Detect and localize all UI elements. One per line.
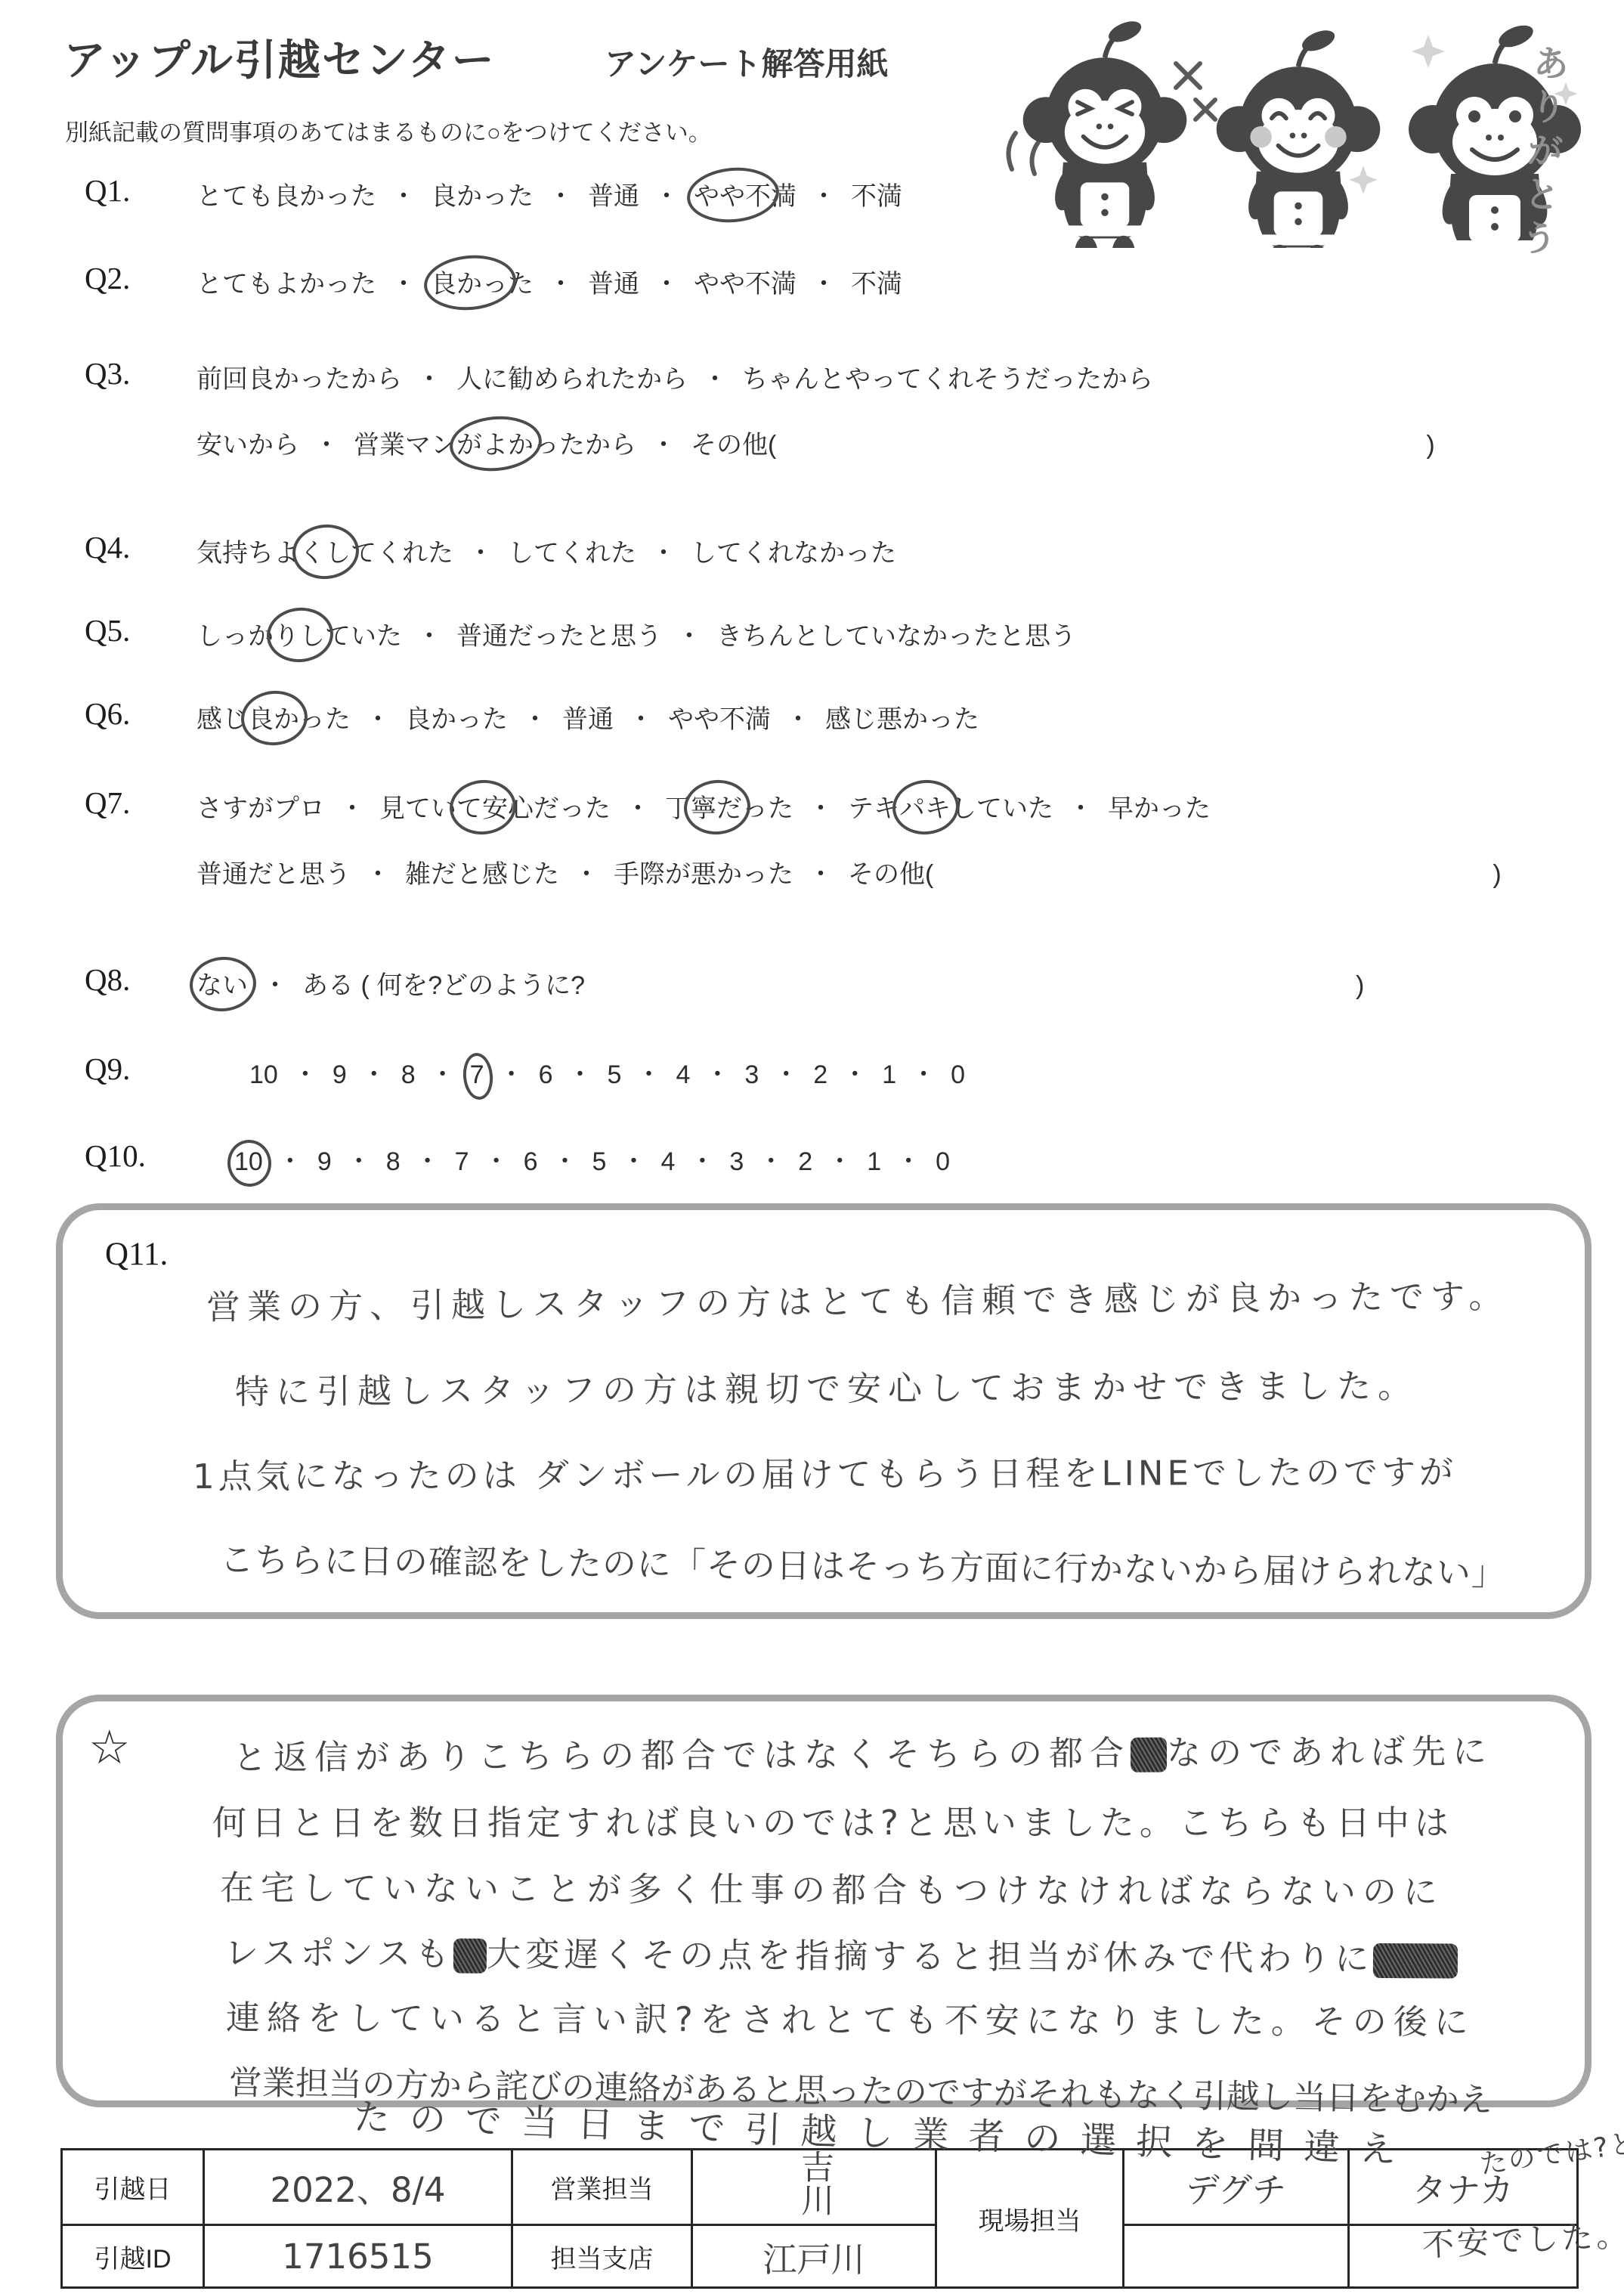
question-block: Q6.感じ良かった・良かった・普通・やや不満・感じ悪かった	[85, 695, 979, 735]
circled-answer-mark: がよか	[456, 424, 534, 461]
handwritten-line: 営業の方、引越しスタッフの方はとても信頼でき感じが良かったです。	[206, 1268, 1510, 1329]
question-label: Q3.	[85, 355, 196, 392]
question-label: Q9.	[85, 1051, 196, 1087]
option-text: してくれた	[508, 539, 636, 568]
option-separator: ・	[365, 698, 391, 735]
handwritten-line: 何日と日を数日指定すれば良いのでは?と思いました。こちらも日中は	[212, 1795, 1454, 1844]
option-separator: ・	[548, 263, 574, 300]
table-label-cell: 営業担当	[512, 2150, 692, 2225]
form-sheet-label: アンケート解答用紙	[605, 39, 888, 85]
option-separator: ・	[654, 263, 679, 300]
circled-answer-mark: ない	[196, 964, 248, 1001]
question-options-row: 感じ良かった・良かった・普通・やや不満・感じ悪かった	[196, 698, 979, 735]
question-label: Q5.	[85, 612, 196, 649]
question-options-row: しっかりしていた・普通だったと思う・きちんとしていなかったと思う	[196, 615, 1076, 652]
question-options: しっかりしていた・普通だったと思う・きちんとしていなかったと思う	[196, 612, 1076, 652]
option-text: 2	[798, 1147, 812, 1176]
question-block: Q1.とても良かった・良かった・普通・やや不満・不満	[85, 172, 902, 212]
option-text: 雑だと感じた	[405, 860, 559, 889]
question-options-row: 前回良かったから・人に勧められたから・ちゃんとやってくれそうだったから	[196, 358, 1435, 395]
star-icon: ☆	[88, 1720, 131, 1775]
option-text: ったから	[534, 431, 636, 460]
option-text: )	[1493, 860, 1501, 889]
option-text: )	[1426, 431, 1434, 460]
option-separator: ・	[676, 615, 702, 652]
question-options-row: 安いから・営業マンがよかったから・その他()	[196, 424, 1435, 461]
option-text: 普通だと思う	[196, 860, 351, 889]
option-text: った	[742, 794, 793, 823]
instruction-text: 別紙記載の質問事項のあてはまるものに○をつけてください。	[65, 113, 712, 147]
option-text: その他(	[691, 431, 776, 460]
option-text: 見てい	[379, 794, 456, 823]
handwritten-line: と返信がありこちらの都合ではなくそちらの都合なのであれば先に	[233, 1723, 1493, 1779]
table-label-cell: 担当支店	[512, 2225, 692, 2288]
option-separator: ・	[361, 1054, 387, 1091]
handwritten-text: 不安でした。	[1421, 2216, 1624, 2264]
option-separator: ・	[346, 1141, 372, 1178]
handwritten-text: と返信がありこちらの都合ではなくそちらの都合	[233, 1733, 1131, 1778]
option-text: 0	[951, 1060, 965, 1089]
option-separator: ・	[292, 1054, 318, 1091]
option-text: 4	[660, 1147, 675, 1176]
circled-answer-mark: 良か	[248, 698, 299, 735]
option-text: 9	[333, 1060, 347, 1089]
handwritten-text: こちらに日の確認をしたのに「その日はそっち方面に行かないから届けられない」	[220, 1540, 1506, 1593]
option-text: やや不満	[668, 705, 771, 734]
option-separator: ・	[654, 175, 679, 212]
option-separator: ・	[522, 698, 548, 735]
handwritten-line: こちらに日の確認をしたのに「その日はそっち方面に行かないから届けられない」	[220, 1532, 1507, 1595]
question-options-row: とても良かった・良かった・普通・やや不満・不満	[196, 175, 902, 212]
option-separator: ・	[552, 1141, 578, 1178]
option-separator: ・	[896, 1141, 921, 1178]
option-text: 良かった	[405, 705, 508, 734]
question-options-row: 10・9・8・7・6・5・4・3・2・1・0	[234, 1141, 950, 1178]
option-text: 普通	[588, 270, 639, 299]
question-label: Q1.	[85, 172, 196, 209]
option-text: 4	[676, 1060, 690, 1089]
option-text: 10	[249, 1060, 278, 1089]
option-separator: ・	[628, 698, 654, 735]
option-separator: ・	[416, 358, 442, 395]
option-text: 営業マン	[354, 431, 456, 460]
question-block: Q4.気持ちよくしてくれた・してくれた・してくれなかった	[85, 529, 896, 569]
option-text: 普通	[562, 705, 614, 734]
option-separator: ・	[827, 1141, 852, 1178]
option-text: ていた	[325, 622, 402, 651]
option-text: 気持ちよ	[196, 539, 299, 568]
option-separator: ・	[484, 1141, 509, 1178]
option-text: )	[1356, 971, 1364, 1000]
option-separator: ・	[568, 1054, 593, 1091]
option-text: 1	[882, 1060, 896, 1089]
handwritten-text: 営業の方、引越しスタッフの方はとても信頼でき感じが良かったです。	[206, 1276, 1510, 1327]
handwritten-text: レスポンスも	[224, 1933, 454, 1974]
option-separator: ・	[689, 1141, 715, 1178]
option-text: 1	[867, 1147, 881, 1176]
option-separator: ・	[416, 615, 442, 652]
option-text: 良かった	[431, 182, 534, 211]
q11-label: Q11.	[105, 1236, 168, 1273]
option-text: ある ( 何を?どのように?	[302, 971, 585, 1000]
option-text: 6	[539, 1060, 553, 1089]
question-block: Q10.10・9・8・7・6・5・4・3・2・1・0	[85, 1138, 950, 1178]
table-value-cell: 1716515	[204, 2225, 512, 2288]
question-label: Q7.	[85, 785, 196, 821]
question-options: とても良かった・良かった・普通・やや不満・不満	[196, 172, 902, 212]
question-block: Q2.とてもよかった・良かった・普通・やや不満・不満	[85, 260, 902, 300]
star-answer-box: ☆ と返信がありこちらの都合ではなくそちらの都合なのであれば先に何日と日を数日指…	[56, 1695, 1592, 2107]
monkey-mascot-1	[1023, 21, 1187, 248]
option-separator: ・	[808, 788, 834, 825]
option-separator: ・	[625, 788, 651, 825]
sparkle-icon	[1412, 35, 1445, 68]
option-text: 心だった	[508, 794, 611, 823]
answer-blank	[585, 992, 1356, 994]
table-label-cell: 現場担当	[936, 2150, 1124, 2288]
scribble-mark	[453, 1939, 487, 1974]
table-value-cell	[1124, 2225, 1349, 2288]
handwritten-line: 特に引越しスタッフの方は親切で安心しておまかせできました。	[235, 1358, 1418, 1413]
option-separator: ・	[314, 424, 339, 461]
option-separator: ・	[430, 1054, 456, 1091]
table-value-cell: 吉川	[692, 2150, 936, 2225]
option-text: 3	[729, 1147, 744, 1176]
question-block: Q3.前回良かったから・人に勧められたから・ちゃんとやってくれそうだったから安い…	[85, 355, 1435, 461]
option-separator: ・	[499, 1054, 524, 1091]
option-text: 6	[524, 1147, 538, 1176]
circled-answer-mark: て安	[456, 788, 508, 825]
question-options: さすがプロ・見ていて安心だった・丁寧だった・テキパキしていた・早かった普通だと思…	[196, 785, 1502, 890]
handwritten-line: 連絡をしていると言い訳?をされとても不安になりました。その後に	[226, 1990, 1475, 2044]
option-text: 前回良かったから	[196, 365, 402, 394]
option-text: しっか	[196, 622, 274, 651]
question-label: Q4.	[85, 529, 196, 565]
circled-answer-mark: やや不	[694, 175, 771, 212]
question-label: Q2.	[85, 260, 196, 296]
question-label: Q8.	[85, 961, 196, 998]
form-title: アップル引越センター	[63, 27, 496, 88]
question-block: Q8.ない・ある ( 何を?どのように?)	[85, 961, 1364, 1001]
option-separator: ・	[704, 1054, 730, 1091]
circled-answer-mark: くし	[299, 532, 351, 569]
question-options-row: 10・9・8・7・6・5・4・3・2・1・0	[249, 1054, 965, 1091]
handwritten-text: 1点気になったのは ダンボールの届けてもらう日程をLINEでしたのですが	[193, 1452, 1457, 1497]
survey-sheet-page: アップル引越センター アンケート解答用紙 別紙記載の質問事項のあてはまるものに○…	[0, 0, 1624, 2294]
option-separator: ・	[911, 1054, 936, 1091]
handwritten-text: 大変遅くその点を指摘すると担当が休みで代わりに	[487, 1934, 1373, 1979]
option-separator: ・	[415, 1141, 441, 1178]
handwritten-text: なのであれば先に	[1167, 1731, 1493, 1772]
table-label-cell: 引越ID	[62, 2225, 204, 2288]
circled-answer-mark: 10	[234, 1147, 263, 1177]
option-text: 7	[455, 1147, 469, 1176]
option-separator: ・	[811, 175, 837, 212]
option-text: 0	[936, 1147, 950, 1176]
handwritten-text: 何日と日を数日指定すれば良いのでは?と思いました。こちらも日中は	[212, 1803, 1454, 1843]
circled-answer-mark: パキ	[899, 788, 951, 825]
question-options: 10・9・8・7・6・5・4・3・2・1・0	[196, 1138, 950, 1178]
option-separator: ・	[1068, 788, 1093, 825]
option-text: 普通	[588, 182, 639, 211]
option-text: 人に勧められたから	[456, 365, 688, 394]
table-label-cell: 引越日	[62, 2150, 204, 2225]
question-options-row: とてもよかった・良かった・普通・やや不満・不満	[196, 263, 902, 300]
motion-lines-icon	[1009, 133, 1016, 169]
question-options-row: 普通だと思う・雑だと感じた・手際が悪かった・その他()	[196, 853, 1502, 890]
scribble-mark	[1373, 1943, 1458, 1979]
option-text: 8	[401, 1060, 416, 1089]
option-separator: ・	[620, 1141, 646, 1178]
option-text: やや不満	[694, 270, 797, 299]
option-text: った	[299, 705, 351, 734]
option-text: 安いから	[196, 431, 299, 460]
option-separator: ・	[702, 358, 728, 395]
option-separator: ・	[277, 1141, 303, 1178]
option-text: 普通だったと思う	[456, 622, 662, 651]
option-separator: ・	[636, 1054, 661, 1091]
circled-answer-mark: 7	[470, 1060, 484, 1090]
question-options: 10・9・8・7・6・5・4・3・2・1・0	[196, 1051, 965, 1091]
option-text: してくれなかった	[691, 539, 896, 568]
option-separator: ・	[842, 1054, 868, 1091]
option-separator: ・	[391, 263, 416, 300]
option-separator: ・	[651, 532, 676, 569]
option-text: てくれた	[351, 539, 453, 568]
option-text: していた	[951, 794, 1053, 823]
option-text: その他(	[848, 860, 933, 889]
option-separator: ・	[339, 788, 365, 825]
question-options-row: さすがプロ・見ていて安心だった・丁寧だった・テキパキしていた・早かった	[196, 788, 1502, 825]
question-options: ない・ある ( 何を?どのように?)	[196, 961, 1364, 1001]
handwritten-line: レスポンスも大変遅くその点を指摘すると担当が休みで代わりに	[224, 1925, 1459, 1981]
option-text: 3	[744, 1060, 759, 1089]
question-options: とてもよかった・良かった・普通・やや不満・不満	[196, 260, 902, 300]
option-text: 丁	[665, 794, 691, 823]
option-separator: ・	[391, 175, 416, 212]
question-label: Q6.	[85, 695, 196, 732]
question-options-row: 気持ちよくしてくれた・してくれた・してくれなかった	[196, 532, 896, 569]
option-separator: ・	[808, 853, 834, 890]
option-text: た	[508, 270, 534, 299]
handwritten-line: 在宅していないことが多く仕事の都合もつけなければならないのに	[220, 1860, 1444, 1914]
option-text: とてもよかった	[196, 270, 376, 299]
table-value-cell: 江戸川	[692, 2225, 936, 2288]
option-separator: ・	[574, 853, 599, 890]
handwritten-text: 特に引越しスタッフの方は親切で安心しておまかせできました。	[235, 1366, 1418, 1412]
circled-answer-mark: りし	[274, 615, 325, 652]
option-text: 5	[608, 1060, 622, 1089]
option-separator: ・	[773, 1054, 799, 1091]
option-text: テキ	[848, 794, 899, 823]
circled-answer-mark: 寧だ	[691, 788, 742, 825]
option-separator: ・	[811, 263, 837, 300]
option-text: さすがプロ	[196, 794, 325, 823]
option-text: 不満	[851, 182, 902, 211]
option-separator: ・	[651, 424, 676, 461]
question-block: Q7.さすがプロ・見ていて安心だった・丁寧だった・テキパキしていた・早かった普通…	[85, 785, 1502, 890]
question-block: Q5.しっかりしていた・普通だったと思う・きちんとしていなかったと思う	[85, 612, 1076, 652]
option-text: きちんとしていなかったと思う	[716, 622, 1076, 651]
option-text: 早かった	[1108, 794, 1211, 823]
option-text: 2	[813, 1060, 827, 1089]
handwritten-text: 連絡をしていると言い訳?をされとても不安になりました。その後に	[226, 1998, 1475, 2042]
option-text: 5	[592, 1147, 607, 1176]
option-text: 不満	[851, 270, 902, 299]
scribble-mark	[1131, 1738, 1167, 1772]
option-separator: ・	[468, 532, 493, 569]
question-label: Q10.	[85, 1138, 196, 1174]
option-separator: ・	[785, 698, 811, 735]
monkey-mascot-2	[1217, 26, 1381, 248]
table-value-cell: 2022、8/4	[204, 2150, 512, 2225]
circled-answer-mark: 良かっ	[431, 263, 508, 300]
option-separator: ・	[758, 1141, 784, 1178]
option-text: とても良かった	[196, 182, 376, 211]
option-text: 手際が悪かった	[614, 860, 793, 889]
option-separator: ・	[548, 175, 574, 212]
option-text: ちゃんとやってくれそうだったから	[742, 365, 1153, 394]
option-text: 感じ悪かった	[825, 705, 979, 734]
question-options-row: ない・ある ( 何を?どのように?)	[196, 964, 1364, 1001]
handwritten-text: 在宅していないことが多く仕事の都合もつけなければならないのに	[220, 1868, 1444, 1912]
question-options: 前回良かったから・人に勧められたから・ちゃんとやってくれそうだったから安いから・…	[196, 355, 1435, 461]
option-text: 感じ	[196, 705, 248, 734]
answer-blank	[776, 452, 1426, 454]
option-text: 満	[771, 182, 797, 211]
answer-blank	[933, 881, 1493, 883]
option-text: 9	[317, 1147, 332, 1176]
question-options: 気持ちよくしてくれた・してくれた・してくれなかった	[196, 529, 896, 569]
option-separator: ・	[262, 964, 288, 1001]
question-options: 感じ良かった・良かった・普通・やや不満・感じ悪かった	[196, 695, 979, 735]
table-row: 引越ID1716515担当支店江戸川	[62, 2225, 1578, 2288]
question-block: Q9.10・9・8・7・6・5・4・3・2・1・0	[85, 1051, 965, 1091]
option-text: 8	[386, 1147, 401, 1176]
handwritten-line: 1点気になったのは ダンボールの届けてもらう日程をLINEでしたのですが	[193, 1444, 1457, 1498]
option-separator: ・	[365, 853, 391, 890]
q11-answer-box: Q11. 営業の方、引越しスタッフの方はとても信頼でき感じが良かったです。特に引…	[56, 1203, 1592, 1619]
